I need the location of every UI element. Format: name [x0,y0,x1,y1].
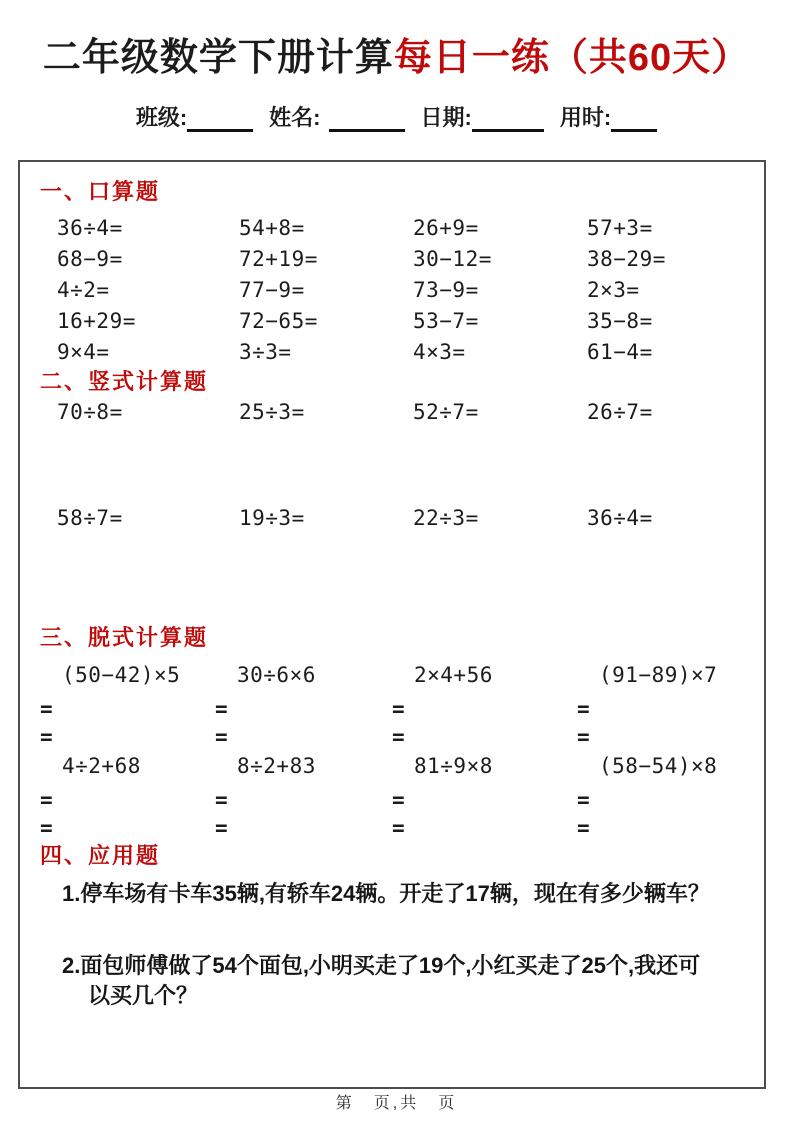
vertical-problem: 52÷7= [413,397,587,428]
equals-line: = [40,814,215,842]
step-calc-equals-row: = = = = [20,814,764,842]
section-heading-word-problems: 四、应用题 [40,842,764,869]
worksheet-border-box: 一、口算题 36÷4= 54+8= 26+9= 57+3= 68−9= 72+1… [18,160,766,1089]
oral-problem: 4÷2= [57,275,239,306]
page-title-red: 每日一练（共60天） [394,37,750,79]
field-time-used-label: 用时: [560,101,611,132]
oral-problem: 72−65= [239,306,413,337]
section-heading-step-calc: 三、脱式计算题 [40,624,764,651]
step-problem: 2×4+56 [392,660,577,690]
vertical-problem: 36÷4= [587,503,764,534]
step-calc-equals-row: = = = = [20,695,764,723]
page-title-black: 二年级数学下册计算 [43,37,394,79]
equals-line: = [40,695,215,723]
field-date-label: 日期: [421,101,472,132]
page-title: 二年级数学下册计算每日一练（共60天） [0,26,793,81]
field-class: 班级: [136,101,253,132]
field-date: 日期: [421,101,544,132]
oral-problem: 9×4= [57,337,239,368]
field-date-blank [472,105,544,132]
oral-calc-grid: 36÷4= 54+8= 26+9= 57+3= 68−9= 72+19= 30−… [20,213,764,368]
oral-problem: 36÷4= [57,213,239,244]
equals-line: = [215,695,392,723]
equals-line: = [577,695,764,723]
oral-problem: 68−9= [57,244,239,275]
oral-problem: 30−12= [413,244,587,275]
step-calc-expr-row: (50−42)×5 30÷6×6 2×4+56 (91−89)×7 [20,660,764,690]
equals-line: = [215,814,392,842]
step-problem: (50−42)×5 [40,660,215,690]
equals-line: = [577,814,764,842]
field-name-label: 姓名: [269,101,320,132]
oral-problem: 35−8= [587,306,764,337]
vertical-problem: 19÷3= [239,503,413,534]
vertical-problem: 58÷7= [57,503,239,534]
oral-problem: 61−4= [587,337,764,368]
equals-line: = [40,786,215,814]
step-problem: (58−54)×8 [577,751,764,781]
field-name-blank [329,105,405,132]
field-class-label: 班级: [136,101,187,132]
oral-problem: 2×3= [587,275,764,306]
field-name: 姓名: [269,101,404,132]
vertical-calc-row: 70÷8= 25÷3= 52÷7= 26÷7= [20,397,764,428]
page-footer: 第 页,共 页 [0,1090,793,1113]
equals-line: = [392,723,577,751]
equals-line: = [392,786,577,814]
section-heading-vertical-calc: 二、竖式计算题 [40,368,764,395]
oral-problem: 38−29= [587,244,764,275]
equals-line: = [577,786,764,814]
oral-problem: 77−9= [239,275,413,306]
vertical-problem: 70÷8= [57,397,239,428]
vertical-problem: 25÷3= [239,397,413,428]
equals-line: = [215,723,392,751]
vertical-calc-row: 58÷7= 19÷3= 22÷3= 36÷4= [20,503,764,534]
step-problem: 8÷2+83 [215,751,392,781]
oral-problem: 73−9= [413,275,587,306]
field-time-used-blank [611,105,657,132]
equals-line: = [392,814,577,842]
oral-problem: 53−7= [413,306,587,337]
word-problem-2: 2.面包师傅做了54个面包,小明买走了19个,小红买走了25个,我还可 以买几个… [62,951,730,1011]
oral-problem: 54+8= [239,213,413,244]
field-class-blank [187,105,253,132]
vertical-problem: 22÷3= [413,503,587,534]
oral-problem: 72+19= [239,244,413,275]
word-problem-2-line2: 以买几个？ [62,981,730,1011]
step-problem: 4÷2+68 [40,751,215,781]
step-problem: (91−89)×7 [577,660,764,690]
oral-problem: 3÷3= [239,337,413,368]
step-problem: 81÷9×8 [392,751,577,781]
step-calc-equals-row: = = = = [20,786,764,814]
oral-problem: 57+3= [587,213,764,244]
step-problem: 30÷6×6 [215,660,392,690]
section-heading-oral-calc: 一、口算题 [40,178,764,205]
equals-line: = [392,695,577,723]
oral-problem: 4×3= [413,337,587,368]
field-time-used: 用时: [560,101,657,132]
step-calc-equals-row: = = = = [20,723,764,751]
word-problem-2-line1: 2.面包师傅做了54个面包,小明买走了19个,小红买走了25个,我还可 [62,951,730,981]
word-problem-1: 1.停车场有卡车35辆,有轿车24辆。开走了17辆，现在有多少辆车？ [62,879,730,909]
oral-problem: 26+9= [413,213,587,244]
oral-problem: 16+29= [57,306,239,337]
equals-line: = [40,723,215,751]
equals-line: = [215,786,392,814]
vertical-problem: 26÷7= [587,397,764,428]
student-info-row: 班级: 姓名: 日期: 用时: [0,101,793,132]
equals-line: = [577,723,764,751]
step-calc-expr-row: 4÷2+68 8÷2+83 81÷9×8 (58−54)×8 [20,751,764,781]
